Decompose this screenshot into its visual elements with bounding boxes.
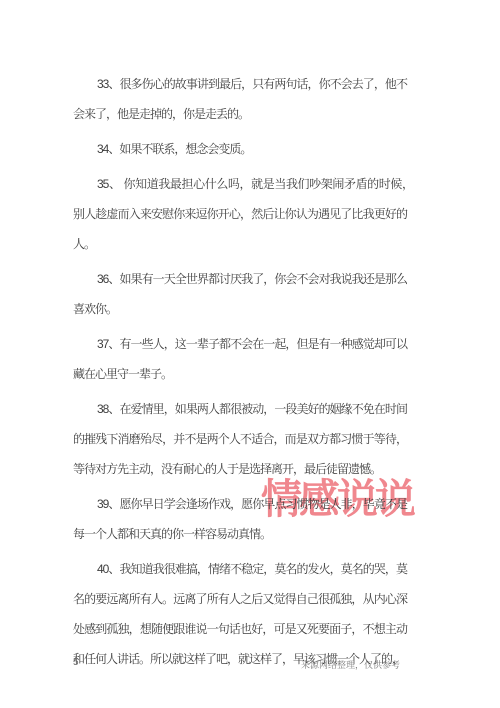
quote-paragraph-39: 39、愿你早日学会逢场作戏，愿你早点习惯物是人非，毕竟不是每一个人都和天真的你一… <box>73 489 407 549</box>
quote-paragraph-34: 34、如果不联系，想念会变质。 <box>73 134 407 164</box>
quote-paragraph-36: 36、如果有一天全世界都讨厌我了，你会不会对我说我还是那么喜欢你。 <box>73 264 407 324</box>
page-footer: 5 来源网络整理，仅供参考 <box>0 654 500 674</box>
document-body: 33、很多伤心的故事讲到最后，只有两句话，你不会去了，他不会来了，他是走掉的，你… <box>73 69 407 679</box>
quote-paragraph-35: 35、 你知道我最担心什么吗，就是当我们吵架闹矛盾的时候， 别人趁虚而入来安慰你… <box>73 169 407 259</box>
quote-paragraph-37: 37、有一些人，这一辈子都不会在一起，但是有一种感觉却可以藏在心里守一辈子。 <box>73 329 407 389</box>
document-page: 情感说说 33、很多伤心的故事讲到最后，只有两句话，你不会去了，他不会来了，他是… <box>0 0 500 708</box>
quote-paragraph-33: 33、很多伤心的故事讲到最后，只有两句话，你不会去了，他不会来了，他是走掉的，你… <box>73 69 407 129</box>
footer-note: 来源网络整理，仅供参考 <box>301 658 400 671</box>
page-number: 5 <box>73 657 79 668</box>
quote-paragraph-38: 38、在爱情里，如果两人都很被动，一段美好的姻缘不免在时间的摧残下消磨殆尽，并不… <box>73 394 407 484</box>
